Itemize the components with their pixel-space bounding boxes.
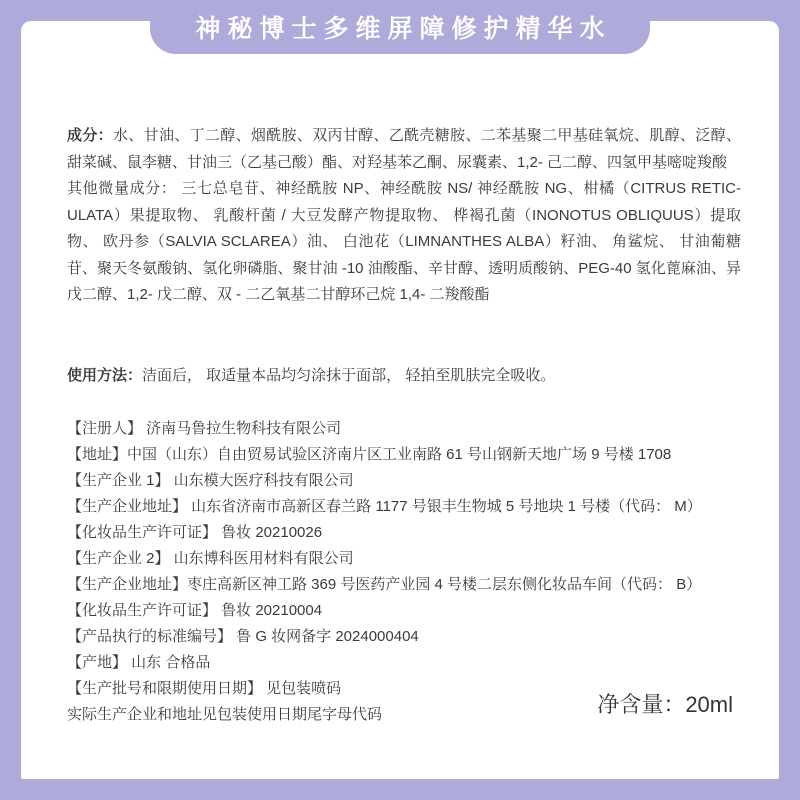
ingredients-label: 成分： [67, 127, 113, 144]
info-line-manufacturer-2: 【生产企业 2】 山东博科医用材料有限公司 [67, 546, 741, 572]
info-line-manufacturer-1: 【生产企业 1】 山东模大医疗科技有限公司 [67, 468, 741, 494]
info-line-manufacturer-2-address: 【生产企业地址】枣庄高新区神工路 369 号医药产业园 4 号楼二层东侧化妆品车… [67, 572, 741, 598]
usage-section: 使用方法：洁面后， 取适量本品均匀涂抹于面部， 轻拍至肌肤完全吸收。 [67, 362, 741, 389]
info-line-standard-number: 【产品执行的标准编号】 鲁 G 妆网备字 2024000404 [67, 624, 741, 650]
product-info-page: 成分：水、甘油、丁二醇、烟酰胺、双丙甘醇、乙酰壳糖胺、二苯基聚二甲基硅氧烷、肌醇… [0, 0, 800, 800]
registration-info-section: 【注册人】 济南马鲁拉生物科技有限公司 【地址】中国（山东）自由贸易试验区济南片… [67, 416, 741, 728]
info-line-origin: 【产地】 山东 合格品 [67, 650, 741, 676]
info-line-license-1: 【化妆品生产许可证】 鲁妆 20210026 [67, 520, 741, 546]
ingredients-text: 水、甘油、丁二醇、烟酰胺、双丙甘醇、乙酰壳糖胺、二苯基聚二甲基硅氧烷、肌醇、泛醇… [67, 127, 741, 171]
ingredients-section: 成分：水、甘油、丁二醇、烟酰胺、双丙甘醇、乙酰壳糖胺、二苯基聚二甲基硅氧烷、肌醇… [67, 123, 741, 309]
ingredients-paragraph: 成分：水、甘油、丁二醇、烟酰胺、双丙甘醇、乙酰壳糖胺、二苯基聚二甲基硅氧烷、肌醇… [67, 123, 741, 176]
trace-ingredients-text: 三七总皂苷、神经酰胺 NP、神经酰胺 NS/ 神经酰胺 NG、柑橘（CITRUS… [67, 180, 741, 303]
net-content-label: 净含量：20ml [597, 690, 733, 720]
trace-ingredients-label: 其他微量成分： [67, 180, 177, 197]
info-card: 成分：水、甘油、丁二醇、烟酰胺、双丙甘醇、乙酰壳糖胺、二苯基聚二甲基硅氧烷、肌醇… [21, 21, 779, 779]
title-banner: 神秘博士多维屏障修护精华水 [150, 0, 650, 54]
usage-label: 使用方法： [67, 367, 142, 384]
product-title: 神秘博士多维屏障修护精华水 [188, 9, 611, 45]
trace-ingredients-paragraph: 其他微量成分： 三七总皂苷、神经酰胺 NP、神经酰胺 NS/ 神经酰胺 NG、柑… [67, 176, 741, 309]
info-line-license-2: 【化妆品生产许可证】 鲁妆 20210004 [67, 598, 741, 624]
info-line-manufacturer-1-address: 【生产企业地址】 山东省济南市高新区春兰路 1177 号银丰生物城 5 号地块 … [67, 494, 741, 520]
info-line-registrant: 【注册人】 济南马鲁拉生物科技有限公司 [67, 416, 741, 442]
info-line-address: 【地址】中国（山东）自由贸易试验区济南片区工业南路 61 号山钢新天地广场 9 … [67, 442, 741, 468]
usage-text: 洁面后， 取适量本品均匀涂抹于面部， 轻拍至肌肤完全吸收。 [142, 367, 555, 384]
